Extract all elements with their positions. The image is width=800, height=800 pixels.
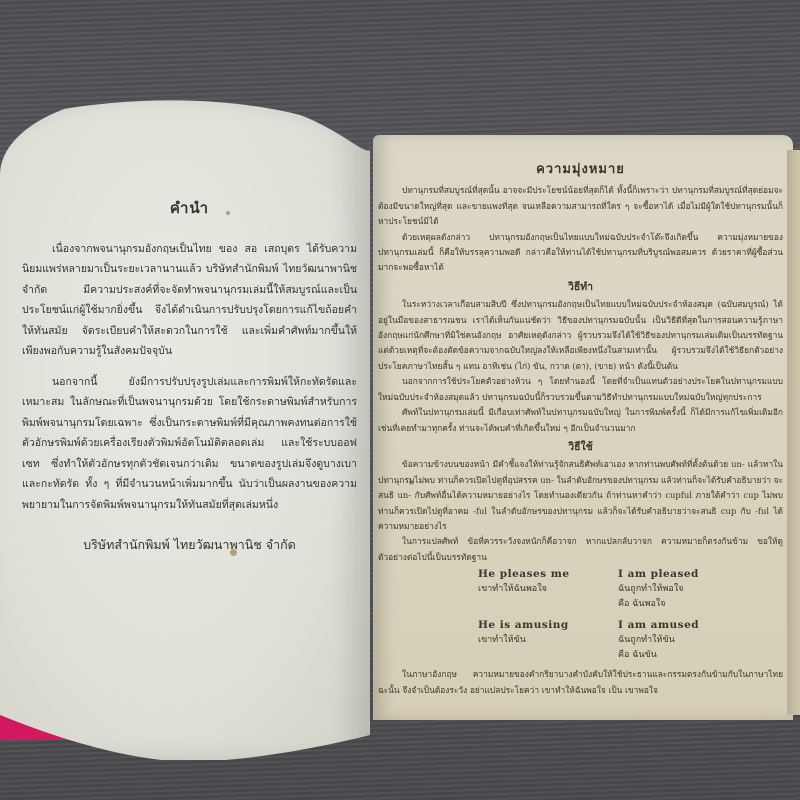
preface-paragraph: เนื่องจากพจนานุกรมอังกฤษเป็นไทย ของ สอ เ…: [22, 239, 357, 362]
intro-paragraph: ปทานุกรมที่สมบูรณ์ที่สุดนั้น อาจจะมีประโ…: [378, 183, 783, 229]
left-page-content: คำนำ เนื่องจากพจนานุกรมอังกฤษเป็นไทย ของ…: [22, 120, 357, 556]
example-thai: คือ ฉันพอใจ: [618, 597, 758, 612]
translation-examples: He pleases me I am pleased เขาทำให้ฉันพอ…: [478, 567, 783, 663]
usage-closing-paragraph: ในภาษาอังกฤษ ความหมายของคำกริยาบางคำบังค…: [378, 667, 783, 698]
example-thai: คือ ฉันขัน: [618, 648, 758, 663]
usage-paragraph: ข้อความข้างบนของหน้า มีคำชี้แจงให้ท่านรู…: [378, 457, 783, 534]
method-paragraph: นอกจากการใช้ประโยคตัวอย่างห้วน ๆ โดยทำนอ…: [378, 374, 783, 405]
section-heading-method: วิธีทำ: [378, 280, 783, 295]
page-title: คำนำ: [22, 198, 357, 219]
example-thai: ฉันถูกทำให้พอใจ: [618, 582, 758, 597]
publisher-signature: บริษัทสำนักพิมพ์ ไทยวัฒนาพานิช จำกัด: [22, 535, 357, 556]
intro-paragraph: ด้วยเหตุผลดังกล่าว ปทานุกรมอังกฤษเป็นไทย…: [378, 230, 783, 276]
usage-paragraph: ในการแปลศัพท์ ข้อที่ควรระวังจงหนักก็คือว…: [378, 534, 783, 565]
example-english: I am amused: [618, 618, 758, 633]
example-thai: เขาทำให้ฉันพอใจ: [478, 582, 618, 597]
preface-paragraph: นอกจากนี้ ยังมีการปรับปรุงรูปเล่มและการพ…: [22, 372, 357, 516]
page-title: ความมุ่งหมาย: [378, 162, 783, 177]
right-page-content: ความมุ่งหมาย ปทานุกรมที่สมบูรณ์ที่สุดนั้…: [378, 162, 783, 698]
example-english: I am pleased: [618, 567, 758, 582]
method-paragraph: ในระหว่างเวลาเกือบสามสิบปี ซึ่งปทานุกรมอ…: [378, 297, 783, 374]
section-heading-usage: วิธีใช้: [378, 440, 783, 455]
example-english: He is amusing: [478, 618, 618, 633]
example-thai: ฉันถูกทำให้ขัน: [618, 633, 758, 648]
method-paragraph: ศัพท์ในปทานุกรมเล่มนี้ มีเกือบเท่าศัพท์ใ…: [378, 405, 783, 436]
page-stack-edge: [787, 150, 800, 715]
example-thai: เขาทำให้ขัน: [478, 633, 618, 648]
example-english: He pleases me: [478, 567, 618, 582]
